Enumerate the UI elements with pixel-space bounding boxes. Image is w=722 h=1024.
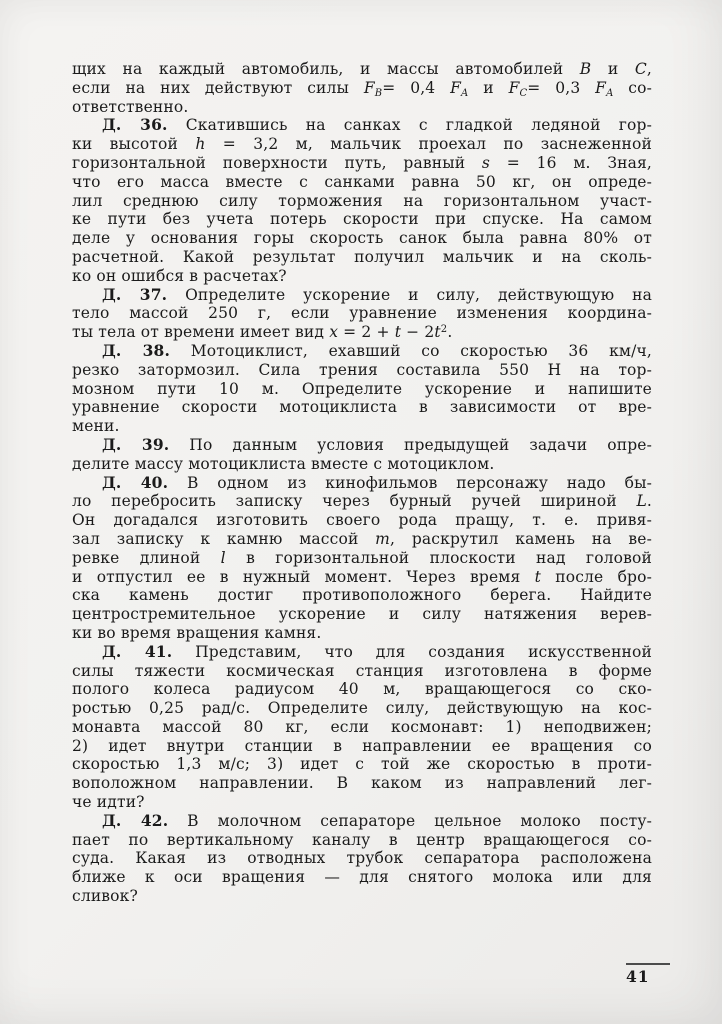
text-line: щих на каждый автомобиль, и массы автомо…	[72, 60, 652, 79]
text-line: суда. Какая из отводных трубок сепаратор…	[72, 849, 652, 868]
text-line: пает по вертикальному каналу в центр вра…	[72, 831, 652, 850]
text-line: мени.	[72, 417, 652, 436]
text-line: Д. 40. В одном из кинофильмов персонажу …	[72, 474, 652, 493]
paragraph-problem-d36: Д. 36. Скатившись на санках с гладкой ле…	[72, 116, 652, 285]
text-line: ростью 0,25 рад/с. Определите силу, дейс…	[72, 699, 652, 718]
text-line: тело массой 250 г, если уравнение измене…	[72, 304, 652, 323]
paragraph-problem-d37: Д. 37. Определите ускорение и силу, дейс…	[72, 286, 652, 342]
text-line: делите массу мотоциклиста вместе с мотоц…	[72, 455, 652, 474]
text-line: лил среднюю силу торможения на горизонта…	[72, 192, 652, 211]
text-line: деле у основания горы скорость санок был…	[72, 229, 652, 248]
text-line: сливок?	[72, 887, 652, 906]
text-line: Д. 37. Определите ускорение и силу, дейс…	[72, 286, 652, 305]
text-line: скоростью 1,3 м/с; 3) идет с той же скор…	[72, 755, 652, 774]
text-line: че идти?	[72, 793, 652, 812]
text-line: уравнение скорости мотоциклиста в зависи…	[72, 398, 652, 417]
text-line: ки во время вращения камня.	[72, 624, 652, 643]
text-line: Он догадался изготовить своего рода пращ…	[72, 511, 652, 530]
text-line: силы тяжести космическая станция изготов…	[72, 662, 652, 681]
text-line: мозном пути 10 м. Определите ускорение и…	[72, 380, 652, 399]
text-line: расчетной. Какой результат получил мальч…	[72, 248, 652, 267]
page-number-rule	[626, 963, 670, 965]
text-line: ки высотой h = 3,2 м, мальчик проехал по…	[72, 135, 652, 154]
text-line: Д. 42. В молочном сепараторе цельное мол…	[72, 812, 652, 831]
text-line: воположном направлении. В каком из напра…	[72, 774, 652, 793]
text-line: ло перебросить записку через бурный руче…	[72, 492, 652, 511]
text-line: ко он ошибся в расчетах?	[72, 267, 652, 286]
paragraph-continuation: щих на каждый автомобиль, и массы автомо…	[72, 60, 652, 116]
text-line: Д. 41. Представим, что для создания иску…	[72, 643, 652, 662]
text-line: Д. 39. По данным условия предыдущей зада…	[72, 436, 652, 455]
text-line: резко затормозил. Сила трения составила …	[72, 361, 652, 380]
paragraph-problem-d42: Д. 42. В молочном сепараторе цельное мол…	[72, 812, 652, 906]
text-line: и отпустил ее в нужный момент. Через вре…	[72, 568, 652, 587]
book-page: щих на каждый автомобиль, и массы автомо…	[0, 0, 722, 1024]
text-line: Д. 38. Мотоциклист, ехавший со скоростью…	[72, 342, 652, 361]
text-line: Д. 36. Скатившись на санках с гладкой ле…	[72, 116, 652, 135]
paragraph-problem-d38: Д. 38. Мотоциклист, ехавший со скоростью…	[72, 342, 652, 436]
text-block: щих на каждый автомобиль, и массы автомо…	[72, 60, 652, 906]
text-line: ска камень достиг противоположного берег…	[72, 586, 652, 605]
page-footer: 41	[626, 963, 686, 986]
text-line: что его масса вместе с санками равна 50 …	[72, 173, 652, 192]
text-line: ке пути без учета потерь скорости при сп…	[72, 210, 652, 229]
text-line: монавта массой 80 кг, если космонавт: 1)…	[72, 718, 652, 737]
text-line: ревке длиной l в горизонтальной плоскост…	[72, 549, 652, 568]
text-line: ты тела от времени имеет вид x = 2 + t −…	[72, 323, 652, 342]
paragraph-problem-d40: Д. 40. В одном из кинофильмов персонажу …	[72, 474, 652, 643]
text-line: если на них действуют силы FB= 0,4 FA и …	[72, 79, 652, 98]
text-line: ближе к оси вращения — для снятого молок…	[72, 868, 652, 887]
text-line: зал записку к камню массой m, раскрутил …	[72, 530, 652, 549]
text-line: ответственно.	[72, 98, 652, 117]
text-line: полого колеса радиусом 40 м, вращающегос…	[72, 680, 652, 699]
text-line: центростремительное ускорение и силу нат…	[72, 605, 652, 624]
page-number: 41	[626, 967, 686, 986]
paragraph-problem-d41: Д. 41. Представим, что для создания иску…	[72, 643, 652, 812]
text-line: горизонтальной поверхности путь, равный …	[72, 154, 652, 173]
paragraph-problem-d39: Д. 39. По данным условия предыдущей зада…	[72, 436, 652, 474]
text-line: 2) идет внутри станции в направлении ее …	[72, 737, 652, 756]
